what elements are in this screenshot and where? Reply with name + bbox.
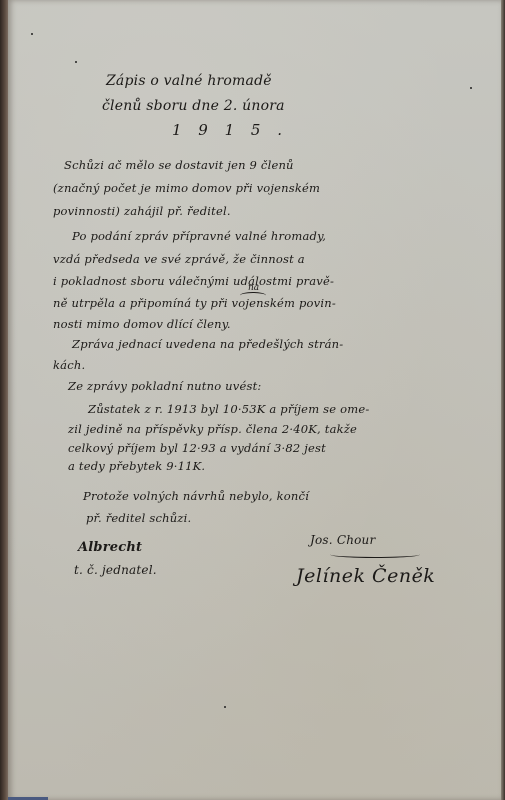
paragraph-5-line-1: Protože volných návrhů nebylo, končí [83, 487, 309, 505]
signature-left-role: t. č. jednatel. [74, 563, 157, 577]
paragraph-1-line-2: (značný počet je mimo domov při vojenské… [53, 179, 320, 197]
paragraph-1-line-3: povinnosti) zahájil př. ředitel. [53, 202, 231, 220]
paragraph-1-line-1: Schůzi ač mělo se dostavit jen 9 členů [64, 156, 294, 174]
paragraph-2-line-3: i pokladnost sboru válečnými událostmi p… [53, 272, 334, 290]
signature-left-name: Albrecht [78, 540, 142, 555]
paragraph-5-line-2: př. ředitel schůzi. [86, 509, 191, 527]
book-binding-edge [0, 0, 8, 800]
paragraph-4-line-2: Zůstatek z r. 1913 byl 10·53K a příjem s… [88, 400, 369, 418]
paper-speck [224, 706, 226, 708]
paragraph-4-line-3: zil jedině na příspěvky přísp. člena 2·4… [68, 420, 357, 438]
paper-speck [31, 33, 33, 35]
paragraph-4-line-1: Ze zprávy pokladní nutno uvést: [68, 377, 262, 395]
paragraph-2-line-5: nosti mimo domov dlící členy. [53, 315, 231, 333]
paragraph-2-line-4: ně utrpěla a připomíná ty při vojenském … [53, 294, 336, 312]
title-year: 1 9 1 5 . [172, 121, 288, 139]
paragraph-3-line-2: kách. [53, 356, 85, 374]
signature-flourish [330, 551, 420, 558]
page-right-edge [501, 0, 505, 800]
signature-witness: Jos. Chour [310, 533, 375, 547]
paragraph-2-line-2: vzdá předseda ve své zprávě, že činnost … [53, 250, 305, 268]
insertion-text: na [248, 283, 259, 293]
title-line-1: Zápis o valné hromadě [106, 72, 272, 90]
title-line-2: členů sboru dne 2. února [102, 97, 285, 115]
paragraph-4-line-5: a tedy přebytek 9·11K. [68, 457, 205, 475]
paper-speck [470, 87, 472, 89]
paragraph-2-line-1: Po podání zpráv přípravné valné hromady, [72, 227, 326, 245]
signature-main: Jelínek Čeněk [296, 565, 435, 587]
paragraph-3-line-1: Zpráva jednací uvedena na předešlých str… [72, 335, 343, 353]
paragraph-4-line-4: celkový příjem byl 12·93 a vydání 3·82 j… [68, 439, 326, 457]
document-page: Zápis o valné hromadě členů sboru dne 2.… [8, 0, 501, 800]
paper-speck [75, 61, 77, 63]
